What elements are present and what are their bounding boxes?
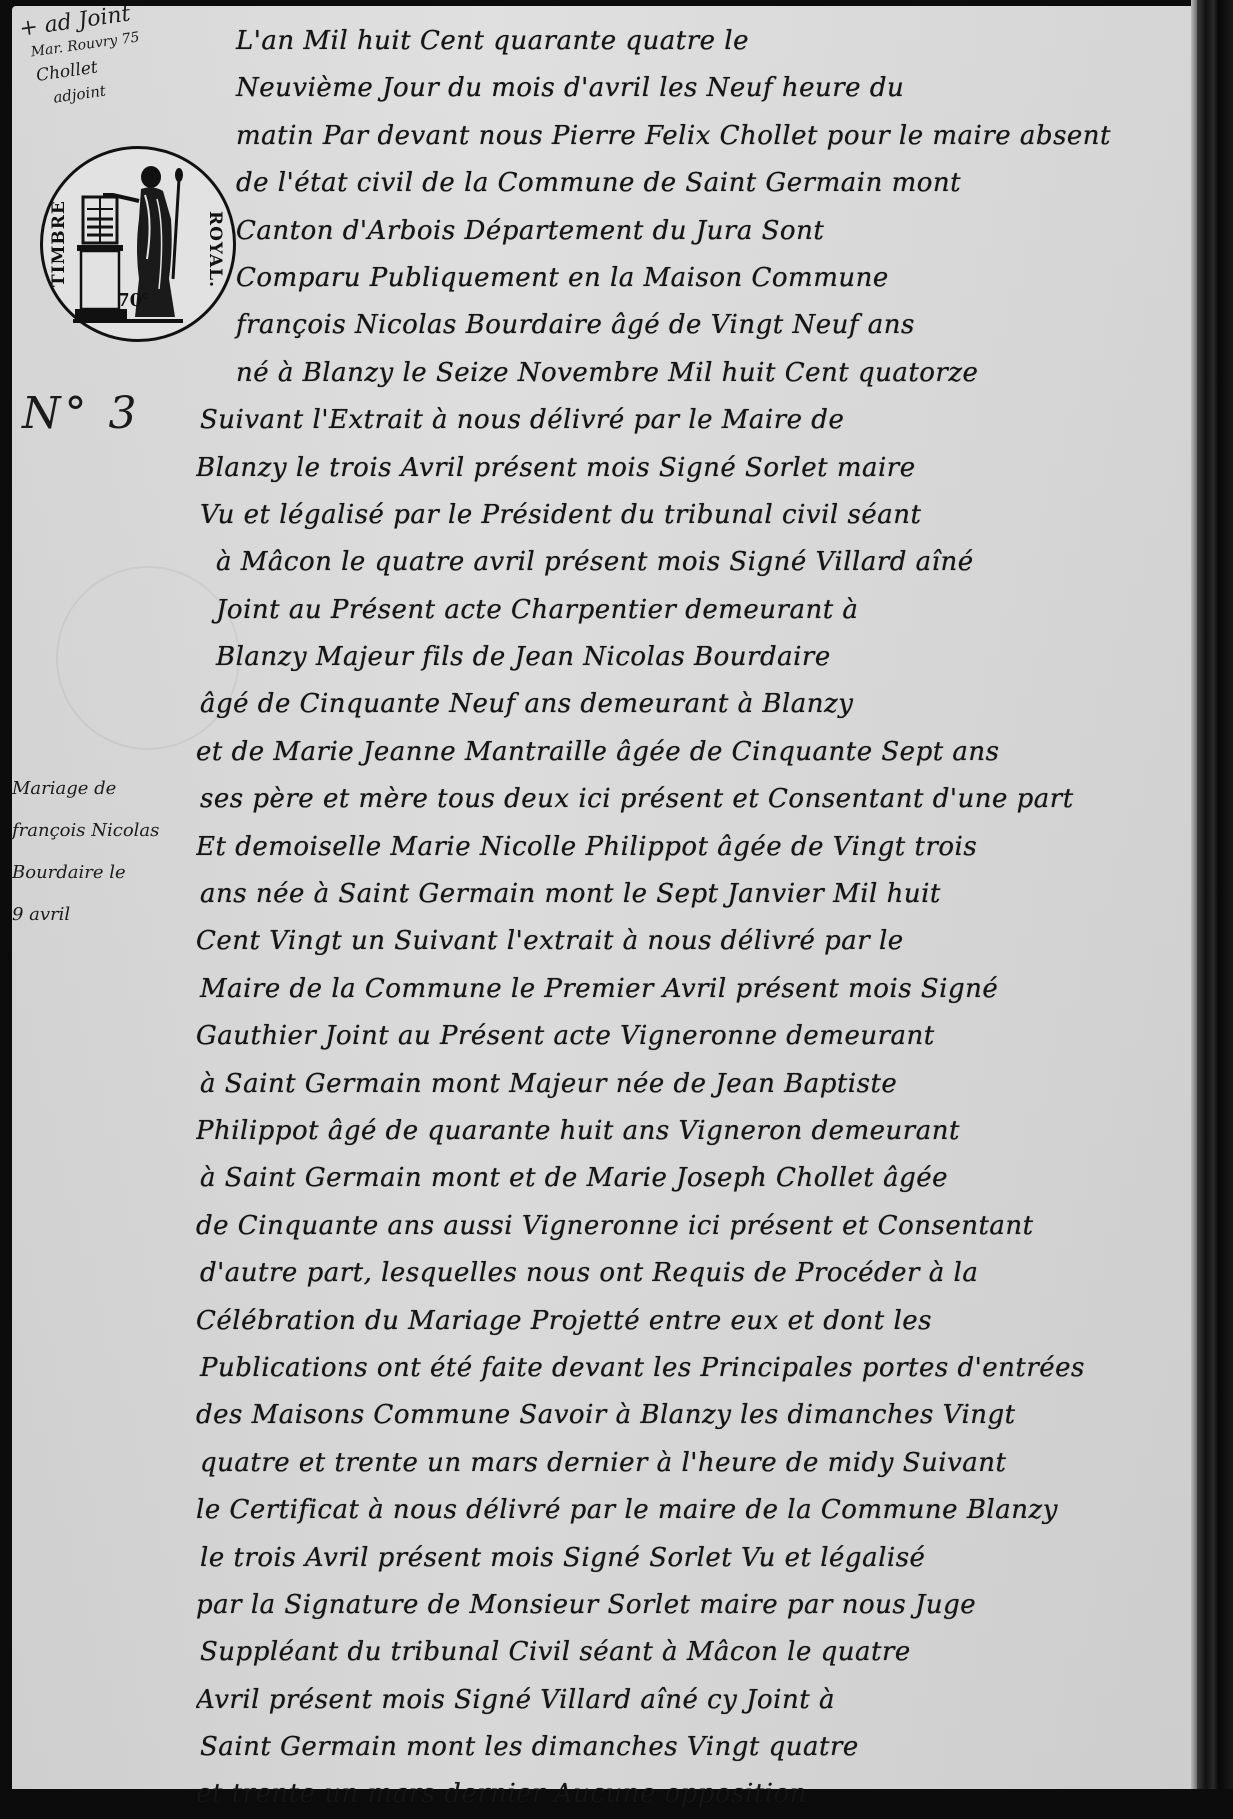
text-line: Gauthier Joint au Présent acte Vigneronn… [196,1013,1181,1060]
text-line: Blanzy le trois Avril présent mois Signé… [196,445,1181,492]
text-line: Maire de la Commune le Premier Avril pré… [196,966,1181,1013]
text-line: Et demoiselle Marie Nicolle Philippot âg… [196,824,1181,871]
text-line: et de Marie Jeanne Mantraille âgée de Ci… [196,729,1181,776]
text-line: Publications ont été faite devant les Pr… [196,1345,1181,1392]
margin-note-line: françois Nicolas [12,810,180,852]
book-binding [1197,0,1233,1789]
text-line: d'autre part, lesquelles nous ont Requis… [196,1250,1181,1297]
text-line: Avril présent mois Signé Villard aîné cy… [196,1677,1181,1724]
text-line: Célébration du Mariage Projetté entre eu… [196,1298,1181,1345]
text-line: de Cinquante ans aussi Vigneronne ici pr… [196,1203,1181,1250]
text-line: Neuvième Jour du mois d'avril les Neuf h… [196,65,1181,112]
margin-note-line: 9 avril [12,894,180,936]
margin-note-side: Mariage de françois Nicolas Bourdaire le… [12,768,180,936]
text-line: Cent Vingt un Suivant l'extrait à nous d… [196,918,1181,965]
text-line: par la Signature de Monsieur Sorlet mair… [196,1582,1181,1629]
text-line: matin Par devant nous Pierre Felix Choll… [196,113,1181,160]
text-line: à Saint Germain mont Majeur née de Jean … [196,1061,1181,1108]
text-line: et trente un mars dernier Aucune opposit… [196,1771,1181,1789]
text-line: de l'état civil de la Commune de Saint G… [196,160,1181,207]
text-line: le trois Avril présent mois Signé Sorlet… [196,1535,1181,1582]
text-line: quatre et trente un mars dernier à l'heu… [196,1440,1181,1487]
text-line: Comparu Publiquement en la Maison Commun… [196,255,1181,302]
text-line: né à Blanzy le Seize Novembre Mil huit C… [196,350,1181,397]
text-line: Suppléant du tribunal Civil séant à Mâco… [196,1629,1181,1676]
text-line: le Certificat à nous délivré par le mair… [196,1487,1181,1534]
act-body: L'an Mil huit Cent quarante quatre le Ne… [196,18,1181,1789]
text-line: ses père et mère tous deux ici présent e… [196,776,1181,823]
text-line: Canton d'Arbois Département du Jura Sont [196,208,1181,255]
margin-note-line: Bourdaire le [12,852,180,894]
text-line: Blanzy Majeur fils de Jean Nicolas Bourd… [196,634,1181,681]
stamp-value: 70c [111,289,155,311]
text-line: Suivant l'Extrait à nous délivré par le … [196,397,1181,444]
text-line: ans née à Saint Germain mont le Sept Jan… [196,871,1181,918]
text-line: Joint au Présent acte Charpentier demeur… [196,587,1181,634]
text-line: Saint Germain mont les dimanches Vingt q… [196,1724,1181,1771]
margin-note-line: Mariage de [12,768,180,810]
text-line: L'an Mil huit Cent quarante quatre le [196,18,1181,65]
text-line: à Mâcon le quatre avril présent mois Sig… [196,539,1181,586]
text-line: âgé de Cinquante Neuf ans demeurant à Bl… [196,681,1181,728]
text-line: Vu et légalisé par le Président du tribu… [196,492,1181,539]
text-line: françois Nicolas Bourdaire âgé de Vingt … [196,302,1181,349]
text-line: à Saint Germain mont et de Marie Joseph … [196,1155,1181,1202]
act-number: N° 3 [22,388,140,439]
text-line: des Maisons Commune Savoir à Blanzy les … [196,1392,1181,1439]
text-line: Philippot âgé de quarante huit ans Vigne… [196,1108,1181,1155]
